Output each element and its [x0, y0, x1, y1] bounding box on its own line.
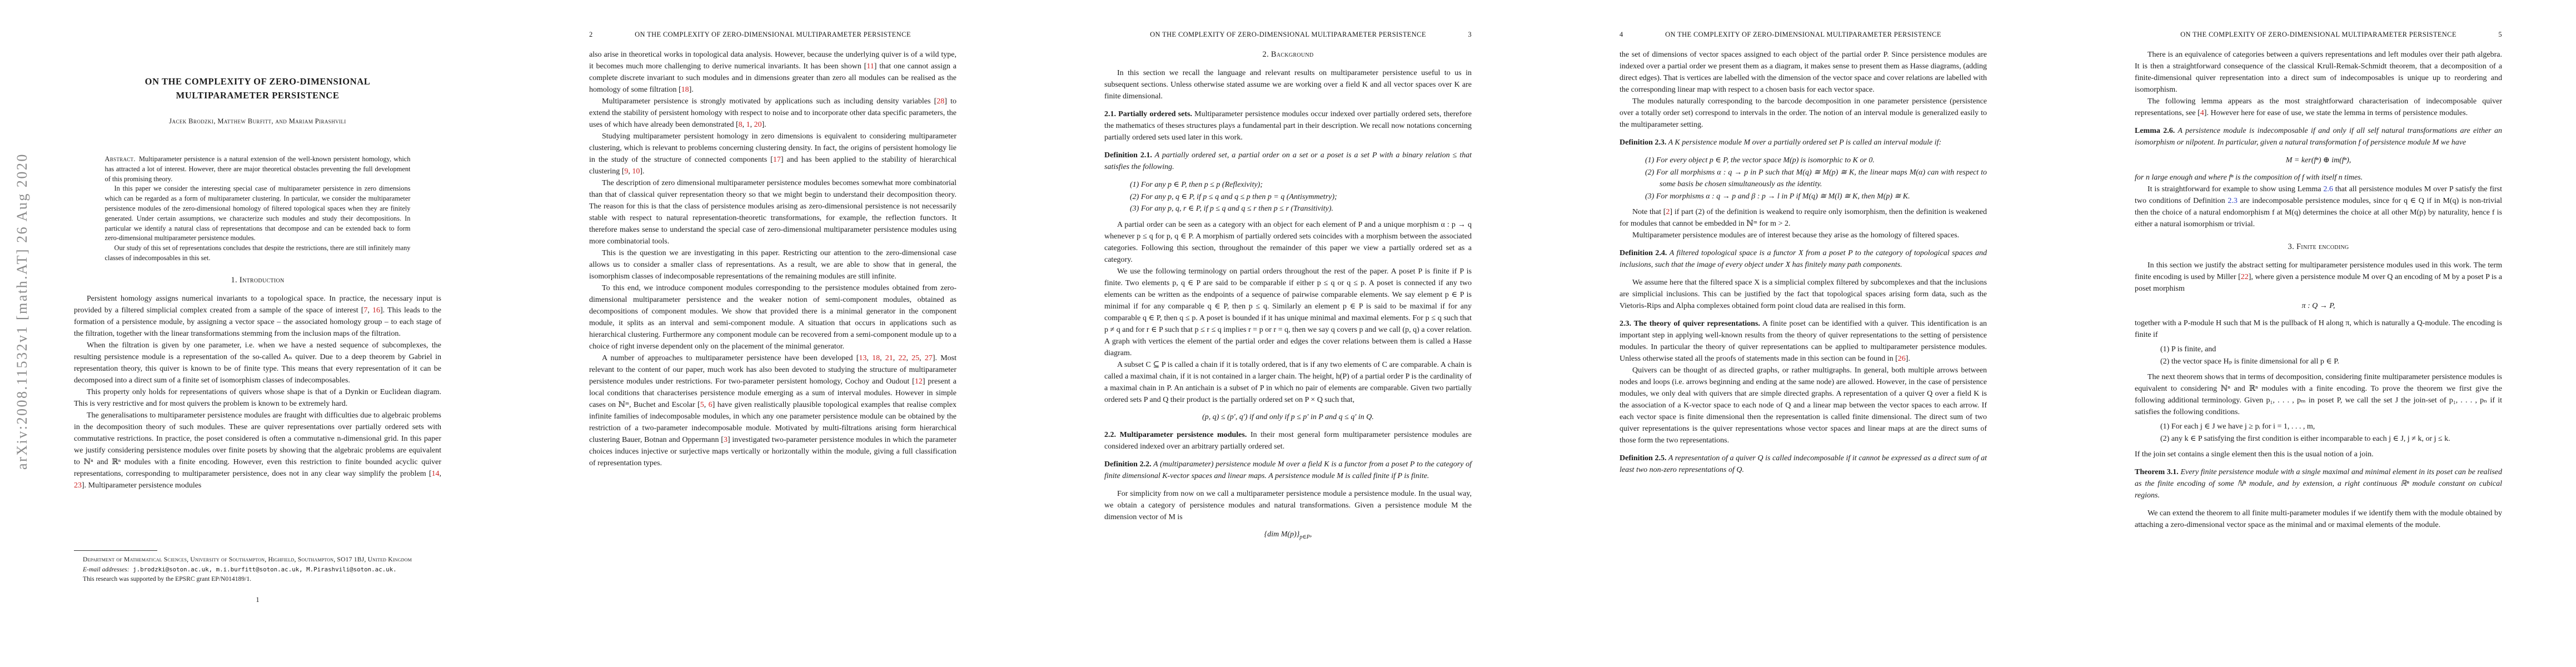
theorem-block: Definition 2.4. A filtered topological s…	[1620, 247, 1987, 271]
citation-number: 22	[2241, 273, 2249, 281]
citation-number: 27	[925, 354, 933, 362]
citation-number: 9	[624, 167, 628, 176]
footnote-email: E-mail addresses: j.brodzki@soton.ac.uk,…	[74, 565, 441, 575]
crossref-number: 2.3	[2228, 197, 2238, 205]
citation-number: 17	[773, 156, 781, 164]
section-heading: 1. Introduction	[74, 276, 441, 285]
citation-number: 18	[681, 86, 689, 94]
paragraph: In this section we justify the abstract …	[2135, 260, 2502, 295]
paragraph: Persistent homology assigns numerical in…	[74, 293, 441, 340]
running-head: 2ON THE COMPLEXITY OF ZERO-DIMENSIONAL M…	[589, 31, 956, 39]
enumerated-list: (1) P is finite, and(2) the vector space…	[2160, 344, 2502, 367]
display-math: M = ker(fⁿ) ⊕ im(fⁿ),	[2135, 155, 2502, 166]
footnote-email-addresses: j.brodzki@soton.ac.uk, m.i.burfitt@soton…	[129, 566, 397, 573]
citation-number: 25	[911, 354, 919, 362]
subsection-paragraph: 2.3. The theory of quiver representation…	[1620, 318, 1987, 365]
section-heading: 2. Background	[1104, 50, 1472, 59]
theorem-block: Theorem 3.1. Every finite persistence mo…	[2135, 466, 2502, 501]
footnote-rule	[74, 550, 157, 551]
citation-number: 6	[709, 401, 712, 409]
list-item: (1) For every object p ∈ P, the vector s…	[1645, 155, 1987, 167]
abstract-paragraph: Abstract. Multiparameter persistence is …	[105, 155, 411, 184]
paragraph: Multiparameter persistence modules are o…	[1620, 230, 1987, 241]
theorem-block: Definition 2.3. A K persistence module M…	[1620, 137, 1987, 148]
theorem-body: A persistence module is indecomposable i…	[2135, 127, 2502, 147]
citation-number: 21	[885, 354, 893, 362]
paragraph: To this end, we introduce component modu…	[589, 282, 956, 352]
paragraph: If the join set contains a single elemen…	[2135, 449, 2502, 460]
paragraph: It is straightforward for example to sho…	[2135, 183, 2502, 230]
citation-number: 10	[632, 167, 640, 176]
paragraph: We can extend the theorem to all finite …	[2135, 507, 2502, 531]
running-head: ON THE COMPLEXITY OF ZERO-DIMENSIONAL MU…	[2135, 31, 2502, 39]
running-head: 4ON THE COMPLEXITY OF ZERO-DIMENSIONAL M…	[1620, 31, 1987, 39]
subsection-paragraph: 2.1. Partially ordered sets. Multiparame…	[1104, 108, 1472, 143]
theorem-block: Definition 2.5. A representation of a qu…	[1620, 452, 1987, 476]
theorem-lead: Theorem 3.1.	[2135, 468, 2179, 476]
paragraph: A subset C ⊆ P is called a chain if it i…	[1104, 359, 1472, 406]
page-number-footer: 1	[74, 596, 441, 604]
running-head-title: ON THE COMPLEXITY OF ZERO-DIMENSIONAL MU…	[635, 31, 911, 38]
paragraph: For simplicity from now on we call a mul…	[1104, 488, 1472, 523]
paragraph: Quivers can be thought of as directed gr…	[1620, 365, 1987, 446]
paper-page: ON THE COMPLEXITY OF ZERO-DIMENSIONAL MU…	[2061, 0, 2576, 667]
citation-number: 22	[898, 354, 906, 362]
running-head-title: ON THE COMPLEXITY OF ZERO-DIMENSIONAL MU…	[2180, 31, 2457, 38]
subsection-paragraph: 2.2. Multiparameter persistence modules.…	[1104, 429, 1472, 452]
citation-number: 3	[724, 436, 728, 444]
theorem-lead: Definition 2.5.	[1620, 454, 1667, 462]
list-item: (1) P is finite, and	[2160, 344, 2502, 356]
citation-number: 1	[746, 121, 750, 129]
citation-number: 12	[915, 377, 923, 386]
paper-page: 4ON THE COMPLEXITY OF ZERO-DIMENSIONAL M…	[1546, 0, 2061, 667]
footnote: Department of Mathematical Sciences, Uni…	[74, 550, 441, 584]
math-subscript: p∈P	[1299, 534, 1310, 540]
citation-number: 5	[700, 401, 704, 409]
footnote-email-label: E-mail addresses:	[83, 566, 129, 573]
paper-title-line: ON THE COMPLEXITY OF ZERO-DIMENSIONAL	[74, 74, 441, 88]
list-item: (3) For morphisms α : q → p and β : p → …	[1645, 191, 1987, 203]
list-item: (2) For all morphisms α : q → p in P suc…	[1645, 167, 1987, 191]
paragraph: together with a P-module H such that M i…	[2135, 317, 2502, 341]
paragraph: In this section we recall the language a…	[1104, 67, 1472, 102]
page-content: also arise in theoretical works in topol…	[589, 49, 956, 469]
paragraph: Studying multiparameter persistent homol…	[589, 131, 956, 177]
display-math: (p, q) ≤ (p′, q′) if and only if p ≤ p′ …	[1104, 411, 1472, 423]
theorem-lead: Definition 2.2.	[1104, 460, 1152, 469]
authors-line: Jacek Brodzki, Matthew Burfitt, and Mari…	[74, 117, 441, 126]
list-item: (2) the vector space Hₚ is finite dimens…	[2160, 356, 2502, 368]
running-head-title: ON THE COMPLEXITY OF ZERO-DIMENSIONAL MU…	[1665, 31, 1941, 38]
display-math: {dim M(p)}p∈P,	[1104, 529, 1472, 543]
enumerated-list: (1) For any p ∈ P, then p ≤ p (Reflexivi…	[1130, 179, 1472, 215]
citation-number: 7	[363, 306, 367, 315]
citation-number: 4	[2200, 109, 2204, 117]
paper-page: ON THE COMPLEXITY OF ZERO-DIMENSIONAL MU…	[1030, 0, 1546, 667]
paragraph: The generalisations to multiparameter pe…	[74, 410, 441, 491]
paragraph: We use the following terminology on part…	[1104, 266, 1472, 359]
paper-page: ON THE COMPLEXITY OF ZERO-DIMENSIONALMUL…	[0, 0, 515, 667]
paragraph: This is the question we are investigatin…	[589, 247, 956, 282]
list-item: (2) any k ∈ P satisfying the first condi…	[2160, 433, 2502, 445]
citation-number: 8	[739, 121, 743, 129]
theorem-block: Definition 2.2. A (multiparameter) persi…	[1104, 459, 1472, 482]
citation-number: 14	[432, 470, 440, 478]
theorem-block: Lemma 2.6. A persistence module is indec…	[2135, 125, 2502, 148]
paper-page: 2ON THE COMPLEXITY OF ZERO-DIMENSIONAL M…	[515, 0, 1030, 667]
citation-number: 13	[859, 354, 866, 362]
paragraph: When the filtration is given by one para…	[74, 340, 441, 386]
theorem-body: A filtered topological space is a functo…	[1620, 249, 1987, 269]
display-math: π : Q → P,	[2135, 300, 2502, 312]
paragraph: A number of approaches to multiparameter…	[589, 352, 956, 469]
abstract: Abstract. Multiparameter persistence is …	[105, 155, 411, 263]
list-item: (1) For each j ∈ J we have j ≥ pᵢ for i …	[2160, 421, 2502, 433]
paragraph: The next theorem shows that in terms of …	[2135, 371, 2502, 418]
list-item: (2) For any p, q ∈ P, if p ≤ q and q ≤ p…	[1130, 191, 1472, 203]
subsection-lead: 2.3. The theory of quiver representation…	[1620, 320, 1760, 328]
running-head-page-number: 5	[2498, 31, 2502, 39]
paragraph: The description of zero dimensional mult…	[589, 177, 956, 247]
subsection-lead: 2.2. Multiparameter persistence modules.	[1104, 431, 1247, 439]
enumerated-list: (1) For each j ∈ J we have j ≥ pᵢ for i …	[2160, 421, 2502, 445]
list-item: (3) For any p, q, r ∈ P, if p ≤ q and q …	[1130, 203, 1472, 215]
running-head-page-number: 4	[1620, 31, 1623, 39]
paragraph: This property only holds for representat…	[74, 386, 441, 410]
page-content: the set of dimensions of vector spaces a…	[1620, 49, 1987, 482]
paragraph: There is an equivalence of categories be…	[2135, 49, 2502, 96]
theorem-lead: Lemma 2.6.	[2135, 127, 2175, 135]
theorem-body: A representation of a quiver Q is called…	[1620, 454, 1987, 474]
subsection-lead: 2.1. Partially ordered sets.	[1104, 110, 1192, 118]
citation-number: 23	[74, 481, 82, 490]
enumerated-list: (1) For every object p ∈ P, the vector s…	[1645, 155, 1987, 202]
citation-number: 2	[1666, 208, 1670, 216]
citation-number: 16	[372, 306, 380, 315]
citation-number: 11	[866, 62, 874, 71]
section-heading: 3. Finite encoding	[2135, 242, 2502, 252]
theorem-body: A partially ordered set, a partial order…	[1104, 151, 1472, 171]
running-head: ON THE COMPLEXITY OF ZERO-DIMENSIONAL MU…	[1104, 31, 1472, 39]
paragraph: Multiparameter persistence is strongly m…	[589, 96, 956, 131]
theorem-block: Definition 2.1. A partially ordered set,…	[1104, 150, 1472, 173]
paragraph: We assume here that the filtered space X…	[1620, 277, 1987, 312]
paragraph: also arise in theoretical works in topol…	[589, 49, 956, 96]
theorem-body: A K persistence module M over a partiall…	[1666, 138, 1941, 147]
running-head-title: ON THE COMPLEXITY OF ZERO-DIMENSIONAL MU…	[1150, 31, 1426, 38]
paper-title-line: MULTIPARAMETER PERSISTENCE	[74, 88, 441, 102]
paragraph: for n large enough and where fⁿ is the c…	[2135, 172, 2502, 183]
footnote-address: Department of Mathematical Sciences, Uni…	[74, 555, 441, 565]
paragraph: Note that [2] if part (2) of the definit…	[1620, 206, 1987, 230]
page-content: There is an equivalence of categories be…	[2135, 49, 2502, 531]
running-head-page-number: 3	[1468, 31, 1472, 39]
citation-number: 18	[872, 354, 880, 362]
crossref-number: 2.6	[2323, 185, 2333, 193]
theorem-lead: Definition 2.3.	[1620, 138, 1666, 147]
citation-number: 26	[1898, 355, 1906, 363]
list-item: (1) For any p ∈ P, then p ≤ p (Reflexivi…	[1130, 179, 1472, 191]
citation-number: 20	[754, 121, 762, 129]
paragraph: A partial order can be seen as a categor…	[1104, 219, 1472, 266]
page-content: 2. BackgroundIn this section we recall t…	[1104, 49, 1472, 548]
paragraph: The modules naturally corresponding to t…	[1620, 96, 1987, 131]
arxiv-watermark: arXiv:2008.11532v1 [math.AT] 26 Aug 2020	[14, 153, 31, 470]
abstract-paragraph: In this paper we consider the interestin…	[105, 184, 411, 243]
theorem-lead: Definition 2.1.	[1104, 151, 1152, 160]
theorem-body: A (multiparameter) persistence module M …	[1104, 460, 1472, 480]
abstract-label: Abstract.	[105, 155, 136, 163]
footnote-funding: This research was supported by the EPSRC…	[74, 574, 441, 584]
paragraph: the set of dimensions of vector spaces a…	[1620, 49, 1987, 96]
paper-title: ON THE COMPLEXITY OF ZERO-DIMENSIONALMUL…	[74, 74, 441, 102]
theorem-body: Every finite persistence module with a s…	[2135, 468, 2502, 500]
abstract-paragraph: Our study of this set of representations…	[105, 243, 411, 263]
paragraph: The following lemma appears as the most …	[2135, 96, 2502, 119]
citation-number: 28	[936, 97, 944, 106]
running-head-page-number: 2	[589, 31, 593, 39]
page-content: ON THE COMPLEXITY OF ZERO-DIMENSIONALMUL…	[74, 0, 441, 491]
theorem-lead: Definition 2.4.	[1620, 249, 1667, 257]
